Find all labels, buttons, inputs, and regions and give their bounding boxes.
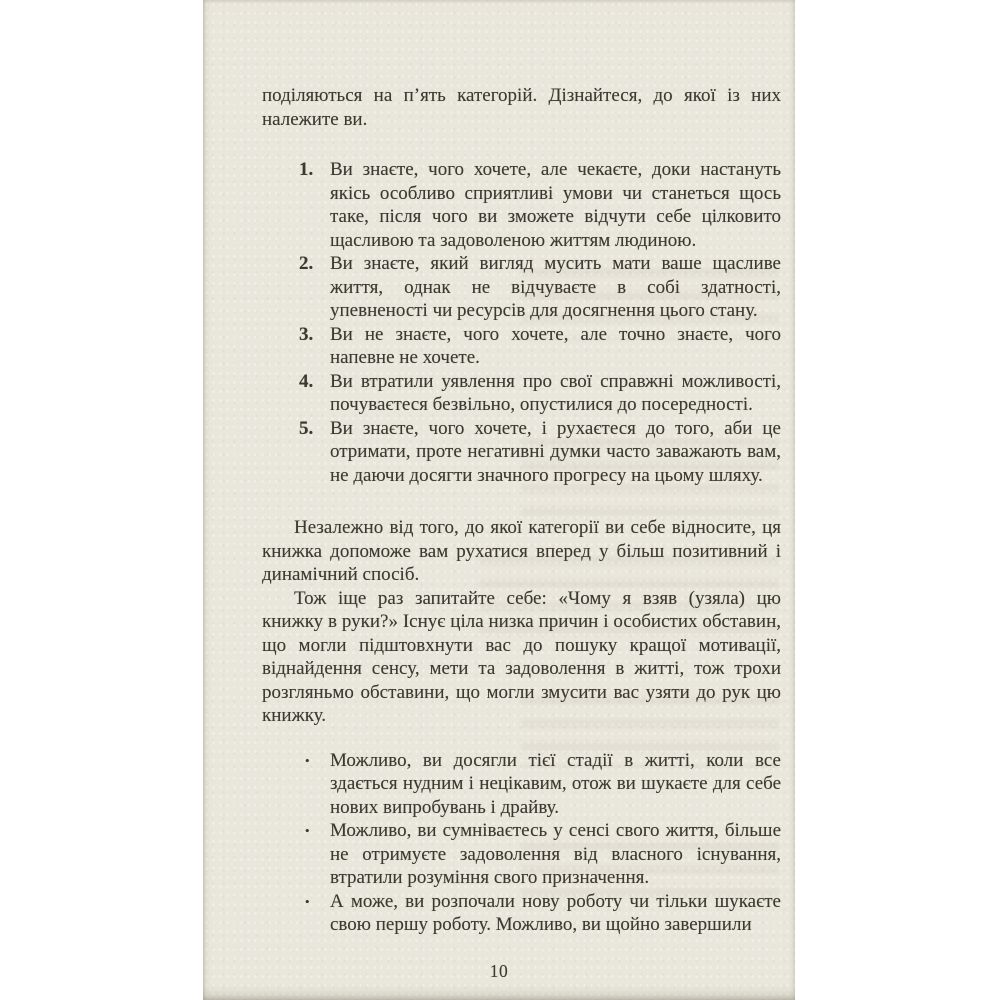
list-item: •Можливо, ви досягли тієї стадії в житті… — [305, 749, 781, 820]
list-item-text: Можливо, ви досягли тієї стадії в житті,… — [330, 749, 781, 820]
list-number: 5. — [299, 417, 330, 441]
list-item: 4.Ви втратили уявлення про свої справжні… — [299, 370, 781, 417]
page-paper: поділяються на п’ять категорій. Дізнайте… — [203, 0, 795, 1000]
list-item: 3.Ви не знаєте, чого хочете, але точно з… — [299, 323, 781, 370]
bullet-icon: • — [305, 749, 330, 773]
page-number: 10 — [203, 961, 795, 982]
bullet-icon: • — [305, 890, 330, 914]
list-item: 2.Ви знаєте, який вигляд мусить мати ваш… — [299, 252, 781, 323]
list-item-text: Ви знаєте, який вигляд мусить мати ваше … — [330, 252, 781, 323]
list-number: 2. — [299, 252, 330, 276]
list-item: •А може, ви розпочали нову роботу чи тіл… — [305, 890, 781, 937]
bullet-icon: • — [305, 819, 330, 843]
list-item-text: А може, ви розпочали нову роботу чи тіль… — [330, 890, 781, 937]
list-item-text: Ви втратили уявлення про свої справжні м… — [330, 370, 781, 417]
book-page-scan: поділяються на п’ять категорій. Дізнайте… — [0, 0, 1000, 1000]
page-text-block: поділяються на п’ять категорій. Дізнайте… — [203, 0, 795, 937]
list-item-text: Ви знаєте, чого хочете, і рухаєтеся до т… — [330, 417, 781, 488]
category-paragraph: Незалежно від того, до якої категорії ви… — [262, 516, 781, 587]
list-number: 4. — [299, 370, 330, 394]
bullet-list: •Можливо, ви досягли тієї стадії в житті… — [305, 749, 781, 937]
list-item-text: Ви не знаєте, чого хочете, але точно зна… — [330, 323, 781, 370]
question-paragraph: Тож іще раз запитайте себе: «Чому я взяв… — [262, 587, 781, 728]
list-number: 3. — [299, 323, 330, 347]
list-item-text: Можливо, ви сумніваєтесь у сенсі свого ж… — [330, 819, 781, 890]
list-item: •Можливо, ви сумніваєтесь у сенсі свого … — [305, 819, 781, 890]
list-item-text: Ви знаєте, чого хочете, але чекаєте, док… — [330, 158, 781, 252]
list-item: 1.Ви знаєте, чого хочете, але чекаєте, д… — [299, 158, 781, 252]
intro-paragraph: поділяються на п’ять категорій. Дізнайте… — [262, 84, 781, 131]
numbered-list: 1.Ви знаєте, чого хочете, але чекаєте, д… — [299, 158, 781, 487]
list-item: 5.Ви знаєте, чого хочете, і рухаєтеся до… — [299, 417, 781, 488]
list-number: 1. — [299, 158, 330, 182]
